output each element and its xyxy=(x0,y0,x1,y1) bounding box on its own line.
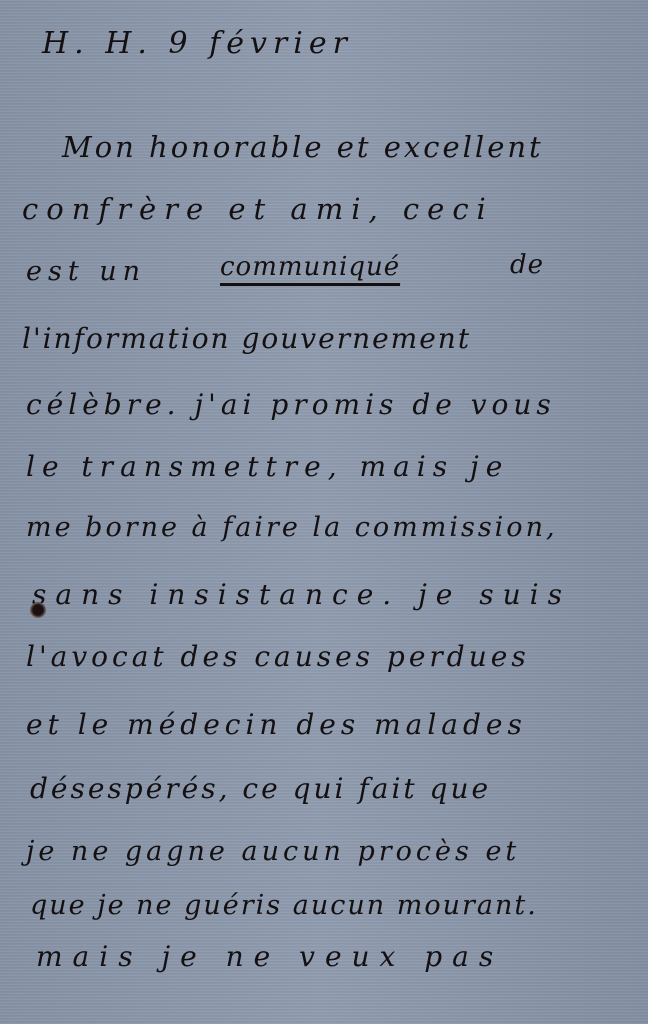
letter-line: et le médecin des malades xyxy=(26,708,527,741)
letter-line: de xyxy=(510,250,544,280)
letter-line: le transmettre, mais je xyxy=(26,450,509,483)
letter-line: mais je ne veux pas xyxy=(36,940,503,973)
letter-header: H. H. 9 février xyxy=(42,26,353,61)
letter-page: H. H. 9 février Mon honorable et excelle… xyxy=(0,0,648,1024)
letter-line: Mon honorable et excellent xyxy=(62,130,544,164)
letter-line: désespérés, ce qui fait que xyxy=(30,772,491,805)
letter-line: célèbre. j'ai promis de vous xyxy=(26,388,556,421)
underlined-word: communiqué xyxy=(220,252,400,282)
letter-line: sans insistance. je suis xyxy=(32,578,571,611)
letter-line: confrère et ami, ceci xyxy=(22,192,494,226)
ink-stain xyxy=(30,602,46,618)
letter-line: l'avocat des causes perdues xyxy=(26,640,530,673)
letter-line: je ne gagne aucun procès et xyxy=(26,836,520,867)
letter-line: que je ne guéris aucun mourant. xyxy=(30,890,538,921)
letter-line: est un xyxy=(26,256,146,287)
letter-line: me borne à faire la commission, xyxy=(26,512,558,543)
letter-line: l'information gouvernement xyxy=(22,322,471,355)
